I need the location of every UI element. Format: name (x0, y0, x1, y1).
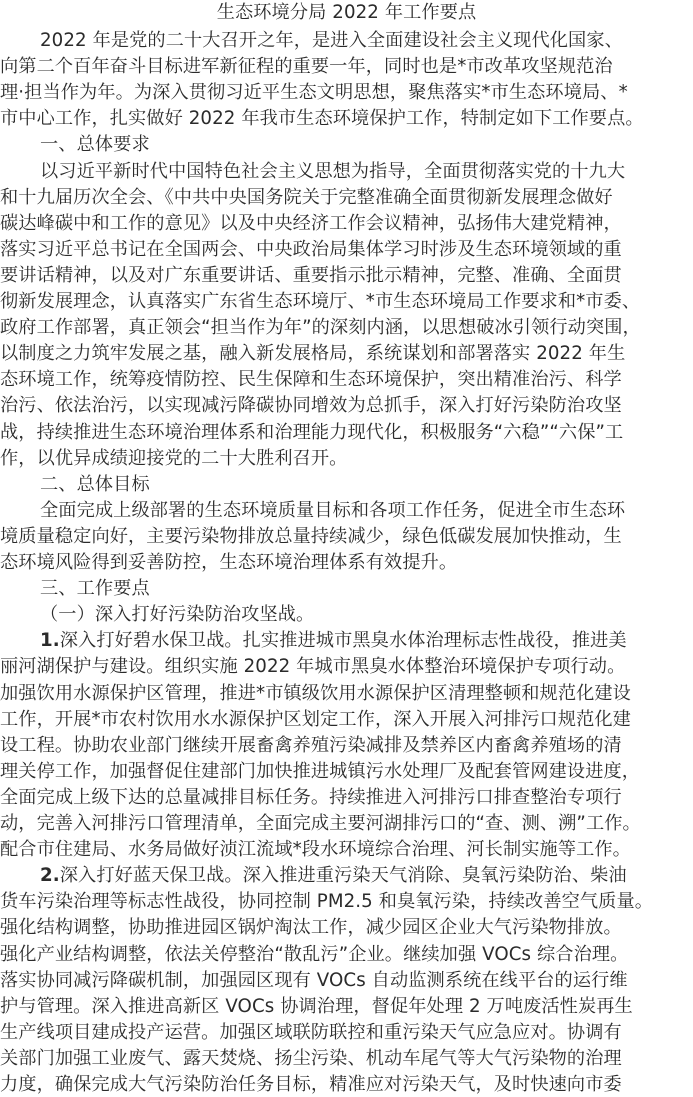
paragraph-line: 全面完成上级下达的总量减排目标任务。持续推进入河排污口排查整治专项行 (0, 785, 622, 811)
paragraph-line: 理·担当作为年。为深入贯彻习近平生态文明思想，聚焦落实*市生态环境局、* (0, 80, 628, 106)
line-text: 作，以优异成绩迎接党的二十大胜利召开。 (0, 448, 347, 469)
paragraph-line: 2022 年是党的二十大召开之年，是进入全面建设社会主义现代化国家、 (40, 28, 623, 54)
line-text: 深入打好碧水保卫战。扎实推进城市黑臭水体治理标志性战役，推进美 (60, 630, 627, 651)
line-text: 政府工作部署，真正领会“担当作为年”的深刻内涵，以思想破冰引领行动突围， (0, 317, 641, 338)
paragraph-line: 作，以优异成绩迎接党的二十大胜利召开。 (0, 446, 347, 472)
line-text: 以制度之力筑牢发展之基，融入新发展格局，系统谋划和部署落实 2022 年生 (0, 343, 625, 364)
line-text: 加强饮用水源保护区管理，推进*市镇级饮用水源保护区清理整顿和规范化建设 (0, 683, 631, 704)
line-text: 二、总体目标 (40, 474, 150, 495)
paragraph-line: 货车污染治理等标志性战役，协同控制 PM2.5 和臭氧污染，持续改善空气质量。 (0, 889, 653, 915)
paragraph-line: 向第二个百年奋斗目标进军新征程的重要一年，同时也是*市改革攻坚规范治 (0, 54, 613, 80)
document-title: 生态环境分局 2022 年工作要点 (0, 0, 693, 26)
paragraph-line: 落实协同减污降碳机制，加强园区现有 VOCs 自动监测系统在线平台的运行维 (0, 968, 628, 994)
line-text: 力度，确保完成大气污染防治任务目标，精准应对污染天气，及时快速向市委 (0, 1074, 622, 1095)
line-text: 配合市住建局、水务局做好浈江流域*段水环境综合治理、河长制实施等工作。 (0, 839, 631, 860)
line-text: 市中心工作，扎实做好 2022 年我市生态环境保护工作，特制定如下工作要点。 (0, 108, 644, 129)
line-text: 货车污染治理等标志性战役，协同控制 PM2.5 和臭氧污染，持续改善空气质量。 (0, 891, 653, 912)
paragraph-line: 以习近平新时代中国特色社会主义思想为指导，全面贯彻落实党的十九大 (40, 159, 625, 185)
paragraph-line: 配合市住建局、水务局做好浈江流域*段水环境综合治理、河长制实施等工作。 (0, 837, 631, 863)
line-text: 向第二个百年奋斗目标进军新征程的重要一年，同时也是*市改革攻坚规范治 (0, 56, 613, 77)
paragraph-line: 市中心工作，扎实做好 2022 年我市生态环境保护工作，特制定如下工作要点。 (0, 106, 644, 132)
line-text: 要讲话精神，以及对广东重要讲话、重要指示批示精神，完整、准确、全面贯 (0, 265, 622, 286)
line-text: 境质量稳定向好，主要污染物排放总量持续减少，绿色低碳发展加快推动，生 (0, 526, 622, 547)
paragraph-line: 强化结构调整，协助推进园区锅炉淘汰工作，减少园区企业大气污染物排放。 (0, 915, 622, 941)
paragraph-line: 动，完善入河排污口管理清单，全面完成主要河湖排污口的“查、测、溯”工作。 (0, 811, 641, 837)
paragraph-line: 境质量稳定向好，主要污染物排放总量持续减少，绿色低碳发展加快推动，生 (0, 524, 622, 550)
line-text: 治污、依法治污，以实现减污降碳协同增效为总抓手，深入打好污染防治攻坚 (0, 395, 622, 416)
line-text: 强化产业结构调整，依法关停整治“散乱污”企业。继续加强 VOCs 综合治理。 (0, 944, 628, 965)
line-text: 彻新发展理念，认真落实广东省生态环境厅、*市生态环境局工作要求和*市委、 (0, 291, 640, 312)
paragraph-line: （一）深入打好污染防治攻坚战。 (40, 602, 314, 628)
line-text: 动，完善入河排污口管理清单，全面完成主要河湖排污口的“查、测、溯”工作。 (0, 813, 641, 834)
paragraph-line: 和十九届历次全会、《中共中央国务院关于完整准确全面贯彻新发展理念做好 (0, 185, 613, 211)
line-text: 全面完成上级部署的生态环境质量目标和各项工作任务，促进全市生态环 (40, 500, 625, 521)
item-number: 2. (40, 865, 60, 886)
paragraph-line: 护与管理。深入推进高新区 VOCs 协调治理，督促年处理 2 万吨废活性炭再生 (0, 994, 633, 1020)
paragraph-line: 丽河湖保护与建设。组织实施 2022 年城市黑臭水体整治环境保护专项行动。 (0, 654, 625, 680)
paragraph-line: 以制度之力筑牢发展之基，融入新发展格局，系统谋划和部署落实 2022 年生 (0, 341, 625, 367)
line-text: 深入打好蓝天保卫战。深入推进重污染天气消除、臭氧污染防治、柴油 (60, 865, 627, 886)
line-text: 战，持续推进生态环境治理体系和治理能力现代化，积极服务“六稳”“六保”工 (0, 422, 623, 443)
line-text: 态环境风险得到妥善防控，生态环境治理体系有效提升。 (0, 552, 457, 573)
paragraph-line: 二、总体目标 (40, 472, 150, 498)
line-text: 落实习近平总书记在全国两会、中央政治局集体学习时涉及生态环境领域的重 (0, 239, 622, 260)
line-text: 落实协同减污降碳机制，加强园区现有 VOCs 自动监测系统在线平台的运行维 (0, 970, 628, 991)
line-text: （一）深入打好污染防治攻坚战。 (40, 604, 314, 625)
line-text: 和十九届历次全会、《中共中央国务院关于完整准确全面贯彻新发展理念做好 (0, 187, 613, 208)
paragraph-line: 加强饮用水源保护区管理，推进*市镇级饮用水源保护区清理整顿和规范化建设 (0, 681, 631, 707)
paragraph-line: 2.深入打好蓝天保卫战。深入推进重污染天气消除、臭氧污染防治、柴油 (40, 863, 627, 889)
line-text: 态环境工作，统筹疫情防控、民生保障和生态环境保护，突出精准治污、科学 (0, 369, 622, 390)
paragraph-line: 生产线项目建成投产运营。加强区域联防联控和重污染天气应急应对。协调有 (0, 1020, 622, 1046)
line-text: 生产线项目建成投产运营。加强区域联防联控和重污染天气应急应对。协调有 (0, 1022, 622, 1043)
paragraph-line: 关部门加强工业废气、露天焚烧、扬尘污染、机动车尾气等大气污染物的治理 (0, 1046, 622, 1072)
paragraph-line: 治污、依法治污，以实现减污降碳协同增效为总抓手，深入打好污染防治攻坚 (0, 393, 622, 419)
paragraph-line: 落实习近平总书记在全国两会、中央政治局集体学习时涉及生态环境领域的重 (0, 237, 622, 263)
paragraph-line: 全面完成上级部署的生态环境质量目标和各项工作任务，促进全市生态环 (40, 498, 625, 524)
item-number: 1. (40, 630, 60, 651)
paragraph-line: 三、工作要点 (40, 576, 150, 602)
line-text: 以习近平新时代中国特色社会主义思想为指导，全面贯彻落实党的十九大 (40, 161, 625, 182)
line-text: 关部门加强工业废气、露天焚烧、扬尘污染、机动车尾气等大气污染物的治理 (0, 1048, 622, 1069)
line-text: 全面完成上级下达的总量减排目标任务。持续推进入河排污口排查整治专项行 (0, 787, 622, 808)
paragraph-line: 设工程。协助农业部门继续开展畜禽养殖污染减排及禁养区内畜禽养殖场的清 (0, 733, 622, 759)
line-text: 工作，开展*市农村饮用水水源保护区划定工作，深入开展入河排污口规范化建 (0, 709, 631, 730)
paragraph-line: 1.深入打好碧水保卫战。扎实推进城市黑臭水体治理标志性战役，推进美 (40, 628, 627, 654)
paragraph-line: 战，持续推进生态环境治理体系和治理能力现代化，积极服务“六稳”“六保”工 (0, 420, 623, 446)
line-text: 一、总体要求 (40, 134, 150, 155)
paragraph-line: 彻新发展理念，认真落实广东省生态环境厅、*市生态环境局工作要求和*市委、 (0, 289, 640, 315)
paragraph-line: 一、总体要求 (40, 132, 150, 158)
line-text: 理关停工作，加强督促住建部门加快推进城镇污水处理厂及配套管网建设进度， (0, 761, 640, 782)
line-text: 三、工作要点 (40, 578, 150, 599)
paragraph-line: 碳达峰碳中和工作的意见》以及中央经济工作会议精神，弘扬伟大建党精神， (0, 211, 622, 237)
line-text: 强化结构调整，协助推进园区锅炉淘汰工作，减少园区企业大气污染物排放。 (0, 917, 622, 938)
line-text: 理·担当作为年。为深入贯彻习近平生态文明思想，聚焦落实*市生态环境局、* (0, 82, 628, 103)
line-text: 护与管理。深入推进高新区 VOCs 协调治理，督促年处理 2 万吨废活性炭再生 (0, 996, 633, 1017)
paragraph-line: 政府工作部署，真正领会“担当作为年”的深刻内涵，以思想破冰引领行动突围， (0, 315, 641, 341)
paragraph-line: 理关停工作，加强督促住建部门加快推进城镇污水处理厂及配套管网建设进度， (0, 759, 640, 785)
line-text: 设工程。协助农业部门继续开展畜禽养殖污染减排及禁养区内畜禽养殖场的清 (0, 735, 622, 756)
line-text: 碳达峰碳中和工作的意见》以及中央经济工作会议精神，弘扬伟大建党精神， (0, 213, 622, 234)
paragraph-line: 力度，确保完成大气污染防治任务目标，精准应对污染天气，及时快速向市委 (0, 1072, 622, 1097)
paragraph-line: 要讲话精神，以及对广东重要讲话、重要指示批示精神，完整、准确、全面贯 (0, 263, 622, 289)
paragraph-line: 强化产业结构调整，依法关停整治“散乱污”企业。继续加强 VOCs 综合治理。 (0, 942, 628, 968)
paragraph-line: 工作，开展*市农村饮用水水源保护区划定工作，深入开展入河排污口规范化建 (0, 707, 631, 733)
paragraph-line: 态环境工作，统筹疫情防控、民生保障和生态环境保护，突出精准治污、科学 (0, 367, 622, 393)
line-text: 丽河湖保护与建设。组织实施 2022 年城市黑臭水体整治环境保护专项行动。 (0, 656, 625, 677)
line-text: 2022 年是党的二十大召开之年，是进入全面建设社会主义现代化国家、 (40, 30, 623, 51)
paragraph-line: 态环境风险得到妥善防控，生态环境治理体系有效提升。 (0, 550, 457, 576)
